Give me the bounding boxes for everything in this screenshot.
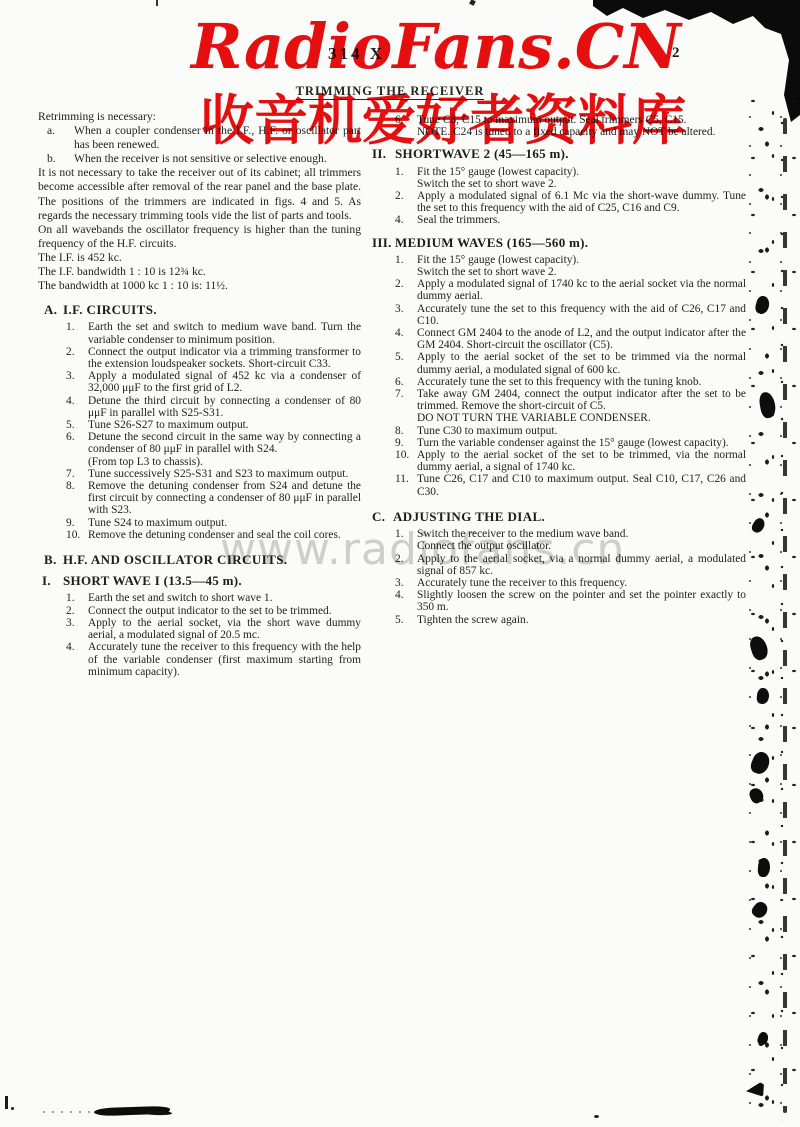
medium-waves-list: 1.Fit the 15° gauge (lowest capacity). S… bbox=[372, 254, 746, 498]
item-text: Apply to the aerial socket, via the shor… bbox=[88, 617, 361, 641]
item-text: Detune the second circuit in the same wa… bbox=[88, 431, 361, 468]
item-text: Tune S26-S27 to maximum output. bbox=[88, 419, 361, 431]
item-text: Turn the variable condenser against the … bbox=[417, 437, 746, 449]
item-number: 4. bbox=[66, 395, 88, 419]
item-text: Accurately tune the set to this frequenc… bbox=[417, 376, 746, 388]
item-text: Connect the output indicator to the set … bbox=[88, 605, 361, 617]
item-text: Apply to the aerial socket, via a normal… bbox=[417, 553, 746, 577]
item-text: Connect GM 2404 to the anode of L2, and … bbox=[417, 327, 746, 351]
item-text: Accurately tune the set to this frequenc… bbox=[417, 303, 746, 327]
item-number: 2. bbox=[66, 346, 88, 370]
list-item: 10.Remove the detuning condenser and sea… bbox=[66, 529, 361, 541]
shortwave1-list: 1.Earth the set and switch to short wave… bbox=[38, 592, 361, 677]
list-item: 8.Remove the detuning condenser from S24… bbox=[66, 480, 361, 517]
list-item: 8.Tune C30 to maximum output. bbox=[395, 425, 746, 437]
item-number: 10. bbox=[395, 449, 417, 473]
list-item: 1.Earth the set and switch to medium wav… bbox=[66, 321, 361, 345]
list-item: 2.Apply a modulated signal of 6.1 Mc via… bbox=[395, 190, 746, 214]
condition-item: b. When the receiver is not sensitive or… bbox=[38, 152, 361, 166]
item-number: 6. bbox=[395, 376, 417, 388]
note-text: NOTE. C24 is tuned to a fixed capacity a… bbox=[417, 126, 746, 138]
condition-text: When a coupler condenser in the I.F., H.… bbox=[74, 124, 361, 152]
item-text: Fit the 15° gauge (lowest capacity). Swi… bbox=[417, 254, 746, 278]
list-item: 3.Accurately tune the set to this freque… bbox=[395, 303, 746, 327]
item-text: Apply a modulated signal of 6.1 Mc via t… bbox=[417, 190, 746, 214]
subsection-heading-medium-waves: III. MEDIUM WAVES (165—560 m). bbox=[372, 237, 746, 249]
item-number: 2. bbox=[395, 278, 417, 302]
list-item: 2.Apply a modulated signal of 1740 kc to… bbox=[395, 278, 746, 302]
scan-artifact-corner-mark bbox=[3, 1096, 15, 1114]
item-text: Apply a modulated signal of 452 kc via a… bbox=[88, 370, 361, 394]
item-text: Slightly loosen the screw on the pointer… bbox=[417, 589, 746, 613]
scan-artifact-right-dash-line bbox=[783, 118, 787, 1113]
item-number: 8. bbox=[66, 480, 88, 517]
list-item: 9.Turn the variable condenser against th… bbox=[395, 437, 746, 449]
section-letter: B. bbox=[44, 554, 63, 566]
item-number: 1. bbox=[395, 254, 417, 278]
list-item: 2.Apply to the aerial socket, via a norm… bbox=[395, 553, 746, 577]
item-number: 7. bbox=[395, 388, 417, 425]
condition-letter: a. bbox=[47, 124, 74, 152]
item-text: Apply to the aerial socket of the set to… bbox=[417, 449, 746, 473]
list-item: 4.Seal the trimmers. bbox=[395, 214, 746, 226]
item-text: Tune C26, C17 and C10 to maximum output.… bbox=[417, 473, 746, 497]
section-title: I.F. CIRCUITS. bbox=[63, 304, 157, 316]
condition-letter: b. bbox=[47, 152, 74, 166]
list-item: 6.Accurately tune the set to this freque… bbox=[395, 376, 746, 388]
item-text: Remove the detuning condenser and seal t… bbox=[88, 529, 361, 541]
item-text: Earth the set and switch to short wave 1… bbox=[88, 592, 361, 604]
section-heading-b: B. H.F. AND OSCILLATOR CIRCUITS. bbox=[38, 554, 361, 566]
item-number: 1. bbox=[66, 321, 88, 345]
item-number: 8. bbox=[395, 425, 417, 437]
intro-paragraph: On all wavebands the oscillator frequenc… bbox=[38, 223, 361, 251]
section-title: H.F. AND OSCILLATOR CIRCUITS. bbox=[63, 554, 287, 566]
item-text: Apply a modulated signal of 1740 kc to t… bbox=[417, 278, 746, 302]
scan-artifact-dot bbox=[594, 1115, 599, 1118]
item-number: 2. bbox=[395, 553, 417, 577]
list-item: 3.Accurately tune the receiver to this f… bbox=[395, 577, 746, 589]
item-number: 1. bbox=[395, 166, 417, 190]
subsection-numeral: II. bbox=[372, 148, 395, 160]
item-number: 2. bbox=[395, 190, 417, 214]
item-number: 2. bbox=[66, 605, 88, 617]
item-text: Detune the third circuit by connecting a… bbox=[88, 395, 361, 419]
item-text: Take away GM 2404, connect the output in… bbox=[417, 388, 746, 425]
item-number: 4. bbox=[395, 327, 417, 351]
item-number: 3. bbox=[66, 617, 88, 641]
scan-artifact-tick bbox=[156, 0, 158, 6]
list-item: 3.Apply to the aerial socket, via the sh… bbox=[66, 617, 361, 641]
subsection-numeral: I. bbox=[42, 575, 63, 587]
note-wrap: NOTE. C24 is tuned to a fixed capacity a… bbox=[372, 126, 746, 138]
list-item: 7.Tune successively S25-S31 and S23 to m… bbox=[66, 468, 361, 480]
left-column: Retrimming is necessary: a. When a coupl… bbox=[38, 110, 361, 678]
right-column: 6.Tune C8, C15 to maximum output. Seal t… bbox=[372, 114, 746, 626]
bandwidth-1000kc-line: The bandwidth at 1000 kc 1 : 10 is: 11½. bbox=[38, 279, 361, 293]
item-number: 9. bbox=[395, 437, 417, 449]
item-text: Accurately tune the receiver to this fre… bbox=[417, 577, 746, 589]
adjusting-dial-list: 1.Switch the receiver to the medium wave… bbox=[372, 528, 746, 626]
item-number: 5. bbox=[395, 351, 417, 375]
item-text: Accurately tune the receiver to this fre… bbox=[88, 641, 361, 678]
item-number: 3. bbox=[395, 577, 417, 589]
item-number: 3. bbox=[395, 303, 417, 327]
if-frequency-line: The I.F. is 452 kc. bbox=[38, 251, 361, 265]
continuation-list: 6.Tune C8, C15 to maximum output. Seal t… bbox=[372, 114, 746, 126]
list-item: 4.Slightly loosen the screw on the point… bbox=[395, 589, 746, 613]
list-item: 2.Connect the output indicator via a tri… bbox=[66, 346, 361, 370]
item-text: Fit the 15° gauge (lowest capacity). Swi… bbox=[417, 166, 746, 190]
intro-lead: Retrimming is necessary: bbox=[38, 110, 361, 124]
scan-artifact-bottom-dots bbox=[40, 1109, 98, 1115]
list-item: 1.Fit the 15° gauge (lowest capacity). S… bbox=[395, 166, 746, 190]
document-title: TRIMMING THE RECEIVER bbox=[250, 84, 530, 99]
list-item: 6.Detune the second circuit in the same … bbox=[66, 431, 361, 468]
item-text: Tighten the screw again. bbox=[417, 614, 746, 626]
item-number: 1. bbox=[395, 528, 417, 552]
list-item: 6.Tune C8, C15 to maximum output. Seal t… bbox=[395, 114, 746, 126]
list-item: 1.Switch the receiver to the medium wave… bbox=[395, 528, 746, 552]
page-number: 2 bbox=[672, 45, 680, 62]
list-item: 7.Take away GM 2404, connect the output … bbox=[395, 388, 746, 425]
list-item: 10.Apply to the aerial socket of the set… bbox=[395, 449, 746, 473]
item-text: Tune S24 to maximum output. bbox=[88, 517, 361, 529]
subsection-title: SHORT WAVE I (13.5—45 m). bbox=[63, 575, 242, 587]
item-number: 5. bbox=[395, 614, 417, 626]
list-item: 1.Fit the 15° gauge (lowest capacity). S… bbox=[395, 254, 746, 278]
section-heading-a: A. I.F. CIRCUITS. bbox=[38, 304, 361, 316]
list-item: 3.Apply a modulated signal of 452 kc via… bbox=[66, 370, 361, 394]
subsection-title: SHORTWAVE 2 (45—165 m). bbox=[395, 148, 569, 160]
item-number: 5. bbox=[66, 419, 88, 431]
section-letter: C. bbox=[372, 511, 393, 523]
section-title: ADJUSTING THE DIAL. bbox=[393, 511, 545, 523]
list-item: 4.Detune the third circuit by connecting… bbox=[66, 395, 361, 419]
item-text: Apply to the aerial socket of the set to… bbox=[417, 351, 746, 375]
item-number: 6. bbox=[66, 431, 88, 468]
shortwave2-list: 1.Fit the 15° gauge (lowest capacity). S… bbox=[372, 166, 746, 227]
list-item: 4.Connect GM 2404 to the anode of L2, an… bbox=[395, 327, 746, 351]
subsection-title: MEDIUM WAVES (165—560 m). bbox=[395, 237, 588, 249]
item-number: 9. bbox=[66, 517, 88, 529]
item-number: 4. bbox=[66, 641, 88, 678]
list-item: 11.Tune C26, C17 and C10 to maximum outp… bbox=[395, 473, 746, 497]
item-text: Tune C30 to maximum output. bbox=[417, 425, 746, 437]
item-text: Earth the set and switch to medium wave … bbox=[88, 321, 361, 345]
item-number: 4. bbox=[395, 214, 417, 226]
section-heading-c: C. ADJUSTING THE DIAL. bbox=[372, 511, 746, 523]
item-text: Tune successively S25-S31 and S23 to max… bbox=[88, 468, 361, 480]
if-bandwidth-line: The I.F. bandwidth 1 : 10 is 12¾ kc. bbox=[38, 265, 361, 279]
subsection-heading-shortwave2: II. SHORTWAVE 2 (45—165 m). bbox=[372, 148, 746, 160]
item-number: 10. bbox=[66, 529, 88, 541]
subsection-heading-shortwave1: I. SHORT WAVE I (13.5—45 m). bbox=[38, 575, 361, 587]
list-item: 9.Tune S24 to maximum output. bbox=[66, 517, 361, 529]
subsection-numeral: III. bbox=[372, 237, 395, 249]
document-title-text: TRIMMING THE RECEIVER bbox=[296, 84, 485, 100]
item-text: Seal the trimmers. bbox=[417, 214, 746, 226]
if-circuits-list: 1.Earth the set and switch to medium wav… bbox=[38, 321, 361, 541]
list-item: 1.Earth the set and switch to short wave… bbox=[66, 592, 361, 604]
item-number: 4. bbox=[395, 589, 417, 613]
item-text: Switch the receiver to the medium wave b… bbox=[417, 528, 746, 552]
condition-item: a. When a coupler condenser in the I.F.,… bbox=[38, 124, 361, 152]
list-item: 4.Accurately tune the receiver to this f… bbox=[66, 641, 361, 678]
item-number: 7. bbox=[66, 468, 88, 480]
item-number: 11. bbox=[395, 473, 417, 497]
scanned-page: 314 X 2 TRIMMING THE RECEIVER Retrimming… bbox=[0, 0, 800, 1127]
list-item: 5.Tune S26-S27 to maximum output. bbox=[66, 419, 361, 431]
list-item: 5.Apply to the aerial socket of the set … bbox=[395, 351, 746, 375]
model-number: 314 X bbox=[328, 44, 385, 64]
item-number: 6. bbox=[395, 114, 417, 126]
watermark-brand: RadioFans.CN bbox=[191, 16, 681, 78]
scan-artifact-tick bbox=[469, 0, 476, 6]
item-text: Connect the output indicator via a trimm… bbox=[88, 346, 361, 370]
list-item: 2.Connect the output indicator to the se… bbox=[66, 605, 361, 617]
list-item: 5.Tighten the screw again. bbox=[395, 614, 746, 626]
section-letter: A. bbox=[44, 304, 63, 316]
item-text: Remove the detuning condenser from S24 a… bbox=[88, 480, 361, 517]
item-number: 3. bbox=[66, 370, 88, 394]
scan-artifact-right-edge-noise bbox=[744, 95, 796, 1121]
intro-paragraph: It is not necessary to take the receiver… bbox=[38, 166, 361, 222]
condition-text: When the receiver is not sensitive or se… bbox=[74, 152, 361, 166]
item-number: 1. bbox=[66, 592, 88, 604]
item-text: Tune C8, C15 to maximum output. Seal tri… bbox=[417, 114, 746, 126]
